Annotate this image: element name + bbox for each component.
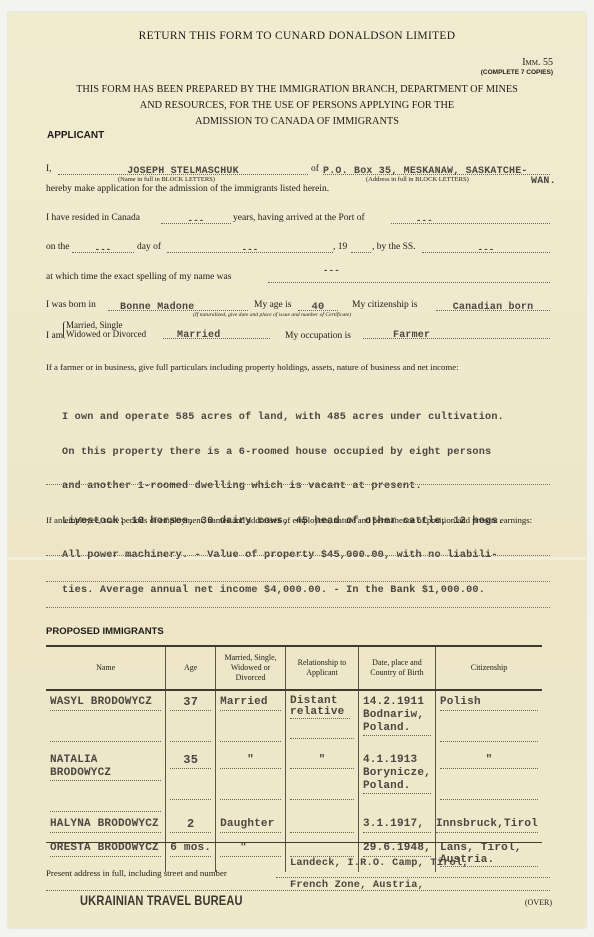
i-label: I, [46,164,52,174]
marital-options-2: Widowed or Divorced [66,330,146,339]
intro-line-1: THIS FORM HAS BEEN PREPARED BY THE IMMIG… [8,82,586,98]
day-value: --- [95,245,112,255]
col-age: Age [166,647,216,690]
citizenship-label: My citizenship is [352,300,417,310]
row-name: ORESTA BRODOWYCZ [50,838,161,857]
row-age: 2 [170,812,211,833]
immigrants-table: Name Age Married, Single, Widowed or Div… [46,647,542,872]
row-relationship: " [290,746,354,769]
of-label: of [311,164,319,174]
row-birth: 3.1.1917, [363,812,431,833]
employee-line-1[interactable] [46,555,550,556]
row-name: NATALIA BRODOWYCZ [50,746,161,781]
occupation-field[interactable]: Farmer [363,324,550,339]
row-citizenship: " [440,746,538,769]
occupation-label: My occupation is [285,331,351,341]
present-address-line-1: Landeck, I.R.O. Camp, Tirol, [290,857,469,869]
marital-options: Married, Single Widowed or Divorced [63,321,146,339]
year-label: , 19 [333,242,347,252]
spelling-field[interactable]: --- [268,268,550,283]
present-address-label: Present address in full, including stree… [46,868,227,878]
years-label: years, having arrived at the Port of [233,213,365,223]
table-bottom-rule [46,842,542,843]
citizenship-field[interactable]: Canadian born [436,296,550,311]
row-marital: " [220,746,281,769]
year-field[interactable] [351,239,371,253]
present-address-field-2[interactable]: French Zone, Austria, [46,878,550,891]
table-row[interactable]: NATALIA BRODOWYCZ 35 " " 4.1.1913 Boryni… [46,746,542,812]
port-field[interactable]: --- [391,210,550,224]
address-hint: (Address in full in BLOCK LETTERS) [366,176,469,183]
table-row[interactable]: HALYNA BRODOWYCZ 2 Daughter 3.1.1917, In… [46,812,542,838]
row-relationship-shifted: Daughter [220,812,281,833]
row-name: WASYL BRODOWYCZ [50,691,161,711]
application-text: hereby make application for the admissio… [46,184,329,194]
born-field[interactable]: Bonne Madone [108,296,248,311]
table-row[interactable]: WASYL BRODOWYCZ 37 Married Distant relat… [46,690,542,746]
farmer-line: ties. Average annual net income $4,000.0… [62,585,562,597]
immigrants-section-title: PROPOSED IMMIGRANTS [46,626,164,637]
employee-line-2[interactable] [46,581,550,582]
ss-value: --- [478,245,495,255]
name-hint: (Name in full in BLOCK LETTERS) [118,176,215,183]
present-address-line-2: French Zone, Austria, [290,879,424,891]
applicant-section-title: APPLICANT [47,130,104,141]
resided-field[interactable]: --- [161,210,231,224]
resided-value: --- [188,216,205,226]
form-paper: RETURN THIS FORM TO CUNARD DONALDSON LIM… [8,12,586,928]
resided-label: I have resided in Canada [46,213,140,223]
intro-line-2: AND RESOURCES, FOR THE USE OF PERSONS AP… [8,98,586,114]
ss-label: , by the SS. [372,242,416,252]
i-am-label: I am [46,331,63,341]
address-value-cont: WAN. [531,176,556,187]
born-label: I was born in [46,300,96,310]
employee-line-3[interactable] [46,607,550,608]
age-label: My age is [254,300,291,310]
farmer-line: and another 1-roomed dwelling which is v… [62,481,562,493]
row-age: 37 [170,691,211,711]
row-relationship-ditto: " [220,838,281,857]
return-to-heading: RETURN THIS FORM TO CUNARD DONALDSON LIM… [8,30,586,42]
row-citizenship: Innsbruck,Tirol [436,812,538,833]
citizenship-value: Canadian born [453,302,534,313]
row-age: 35 [170,746,211,769]
row-age: 6 mos. [170,838,211,857]
occupation-value: Farmer [393,330,430,341]
farmer-prompt: If a farmer or in business, give full pa… [46,362,556,373]
spelling-label: at which time the exact spelling of my n… [46,272,231,282]
row-name: HALYNA BRODOWYCZ [50,812,161,833]
over-note: (OVER) [525,898,552,907]
month-value: --- [242,245,259,255]
farmer-details[interactable]: I own and operate 585 acres of land, wit… [62,389,562,619]
month-field[interactable]: --- [167,239,333,253]
col-relationship: Relationship to Applicant [286,647,359,690]
intro-line-3: ADMISSION TO CANADA OF IMMIGRANTS [8,114,586,130]
farmer-line-blank[interactable] [46,484,550,485]
ss-field[interactable]: --- [422,239,550,253]
row-birth: 4.1.1913 Borynicze, Poland. [363,746,431,794]
table-header-row: Name Age Married, Single, Widowed or Div… [46,647,542,690]
row-marital: Married [220,691,281,711]
age-field[interactable]: 40 [298,296,338,311]
name-field[interactable]: JOSEPH STELMASCHUK [58,160,308,175]
row-birth: 14.2.1911 Bodnariw, Poland. [363,691,431,736]
port-value: --- [416,216,433,226]
col-birth: Date, place and Country of Birth [358,647,435,690]
row-relationship: Distant relative [290,691,350,719]
marital-field[interactable]: Married [163,324,270,339]
present-address-field-1[interactable]: Landeck, I.R.O. Camp, Tirol, [276,852,550,878]
copies-note: (COMPLETE 7 COPIES) [481,69,553,76]
farmer-line: I own and operate 585 acres of land, wit… [62,412,562,424]
form-intro: THIS FORM HAS BEEN PREPARED BY THE IMMIG… [8,82,586,130]
marital-value: Married [177,330,220,341]
employee-prompt: If an employee, state periods of employm… [46,512,551,529]
naturalized-hint: (If naturalized, give date and place of … [193,312,351,318]
row-marital [290,812,354,833]
col-citizenship: Citizenship [435,647,542,690]
farmer-line: On this property there is a 6-roomed hou… [62,447,562,459]
born-value: Bonne Madone [120,302,194,313]
travel-bureau-stamp: UKRAINIAN TRAVEL BUREAU [80,893,243,908]
day-of-label: day of [137,242,161,252]
form-number: Imm. 55 [522,57,553,68]
address-field[interactable]: P.O. Box 35, MESKANAW, SASKATCHE- [323,160,550,175]
spelling-value: --- [323,266,340,276]
col-marital: Married, Single, Widowed or Divorced [216,647,286,690]
col-name: Name [46,647,166,690]
row-citizenship: Polish [440,691,538,711]
on-the-label: on the [46,242,69,252]
day-field[interactable]: --- [72,239,134,253]
